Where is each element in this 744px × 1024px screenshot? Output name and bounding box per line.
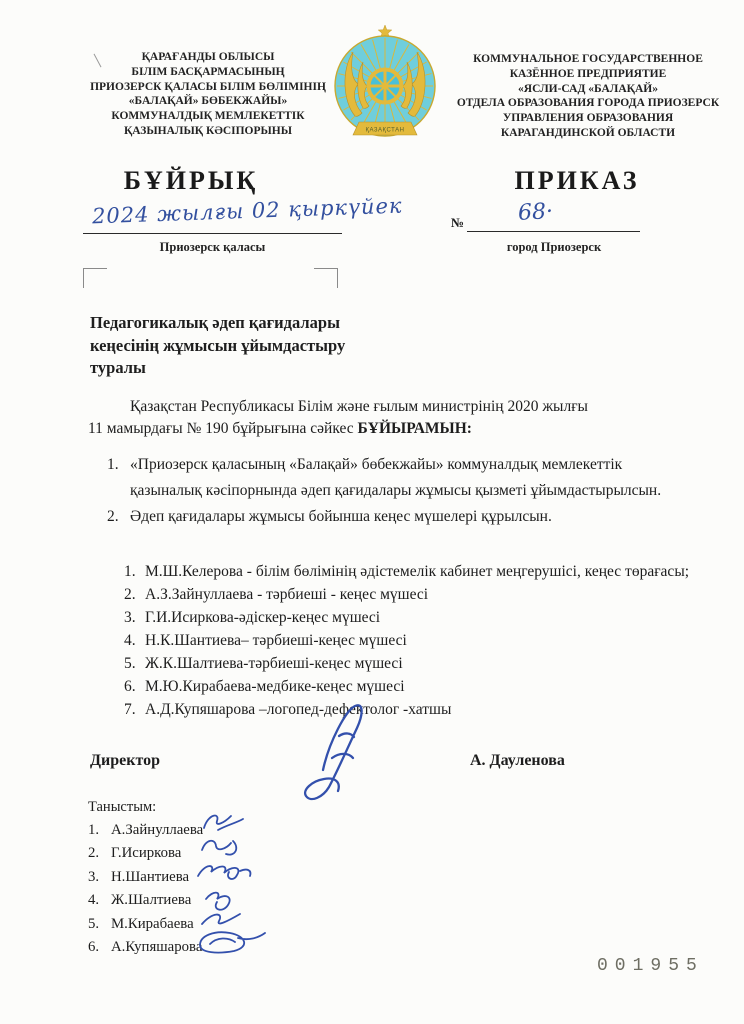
org-name-kazakh: ҚАРАҒАНДЫ ОБЛЫСЫ БІЛІМ БАСҚАРМАСЫНЫҢ ПРИ… <box>76 50 340 139</box>
org-line: УПРАВЛЕНИЯ ОБРАЗОВАНИЯ <box>438 111 738 126</box>
handwritten-order-number: 68· <box>517 199 553 226</box>
list-item-text: А.З.Зайнуллаева - тәрбиеші - кеңес мүшес… <box>145 583 690 606</box>
list-item-number: 6. <box>88 936 111 959</box>
corner-mark-right <box>314 268 338 288</box>
intro-line: Қазақстан Республикасы Білім және ғылым … <box>88 396 668 418</box>
list-item-number: 1. <box>88 819 111 842</box>
director-role-label: Директор <box>90 752 160 770</box>
list-item-text: А.Д.Купяшарова –логопед-дефектолог -хатш… <box>145 698 690 721</box>
place-kazakh: Приозерск қаласы <box>83 240 342 255</box>
list-item: 2. Әдеп қағидалары жұмысы бойынша кеңес … <box>107 504 667 530</box>
org-line: КАЗЁННОЕ ПРЕДПРИЯТИЕ <box>438 67 738 82</box>
org-line: ПРИОЗЕРСК ҚАЛАСЫ БІЛІМ БӨЛІМІНІҢ <box>76 80 340 95</box>
org-line: «ЯСЛИ-САД «БАЛАҚАЙ» <box>438 82 738 97</box>
list-item-number: 5. <box>124 652 145 675</box>
org-line: ОТДЕЛА ОБРАЗОВАНИЯ ГОРОДА ПРИОЗЕРСК <box>438 96 738 111</box>
directives-list: 1. «Приозерск қаласының «Балақай» бөбекж… <box>107 452 667 530</box>
org-line: «БАЛАҚАЙ» БӨБЕКЖАЙЫ» <box>76 94 340 109</box>
subject-line: Педагогикалық әдеп қағидалары <box>90 312 430 335</box>
order-subject: Педагогикалық әдеп қағидалары кеңесінің … <box>90 312 430 380</box>
list-item: 6. М.Ю.Кирабаева-медбике-кеңес мүшесі <box>124 675 690 698</box>
list-item-number: 5. <box>88 913 111 936</box>
list-item: 1. М.Ш.Келерова - білім бөлімінің әдісте… <box>124 560 690 583</box>
subject-line: туралы <box>90 357 430 380</box>
subject-line: кеңесінің жұмысын ұйымдастыру <box>90 335 430 358</box>
list-item: 3. Г.И.Исиркова-әдіскер-кеңес мүшесі <box>124 606 690 629</box>
list-item: 5. Ж.К.Шалтиева-тәрбиеші-кеңес мүшесі <box>124 652 690 675</box>
list-item: 1. «Приозерск қаласының «Балақай» бөбекж… <box>107 452 667 504</box>
org-line: КОММУНАЛЬНОЕ ГОСУДАРСТВЕННОЕ <box>438 52 738 67</box>
list-item: 2. А.З.Зайнуллаева - тәрбиеші - кеңес мү… <box>124 583 690 606</box>
list-item-number: 1. <box>107 452 130 504</box>
order-title-russian: ПРИКАЗ <box>492 166 662 196</box>
acknowledgment-label: Таныстым: <box>88 799 156 816</box>
director-name: А. Дауленова <box>470 752 565 770</box>
org-name-russian: КОММУНАЛЬНОЕ ГОСУДАРСТВЕННОЕ КАЗЁННОЕ ПР… <box>438 52 738 141</box>
list-item: 7. А.Д.Купяшарова –логопед-дефектолог -х… <box>124 698 690 721</box>
org-line: БІЛІМ БАСҚАРМАСЫНЫҢ <box>76 65 340 80</box>
list-item-text: Г.И.Исиркова-әдіскер-кеңес мүшесі <box>145 606 690 629</box>
handwritten-signatures-icon <box>188 804 308 954</box>
org-line: ҚАЗЫНАЛЫҚ КӘСІПОРЫНЫ <box>76 124 340 139</box>
list-item-number: 3. <box>88 866 111 889</box>
director-handwritten-signature-icon <box>293 700 393 812</box>
intro-paragraph: Қазақстан Республикасы Білім және ғылым … <box>88 396 668 440</box>
scanned-order-document: ҚАРАҒАНДЫ ОБЛЫСЫ БІЛІМ БАСҚАРМАСЫНЫҢ ПРИ… <box>0 0 744 1024</box>
order-number-label: № <box>451 215 464 231</box>
order-title-kazakh: БҰЙРЫҚ <box>88 166 294 196</box>
list-item-number: 2. <box>88 842 111 865</box>
org-line: КОММУНАЛДЫҚ МЕМЛЕКЕТТІК <box>76 109 340 124</box>
list-item-text: «Приозерск қаласының «Балақай» бөбекжайы… <box>130 452 667 504</box>
list-item-text: Әдеп қағидалары жұмысы бойынша кеңес мүш… <box>130 504 667 530</box>
list-item-text: М.Ю.Кирабаева-медбике-кеңес мүшесі <box>145 675 690 698</box>
list-item-number: 1. <box>124 560 145 583</box>
intro-decree-word: БҰЙЫРАМЫН: <box>358 420 472 437</box>
list-item-number: 6. <box>124 675 145 698</box>
list-item-text: Ж.К.Шалтиева-тәрбиеші-кеңес мүшесі <box>145 652 690 675</box>
number-underline <box>467 231 640 232</box>
place-russian: город Приозерск <box>468 240 640 255</box>
list-item-number: 3. <box>124 606 145 629</box>
list-item-number: 2. <box>107 504 130 530</box>
kazakhstan-coat-of-arms-icon: ҚАЗАҚСТАН <box>330 24 440 146</box>
council-members-list: 1. М.Ш.Келерова - білім бөлімінің әдісте… <box>124 560 690 721</box>
intro-line: 11 мамырдағы № 190 бұйрығына сәйкес БҰЙЫ… <box>88 418 668 440</box>
date-underline <box>83 233 342 234</box>
intro-text: 11 мамырдағы № 190 бұйрығына сәйкес <box>88 420 358 437</box>
org-line: ҚАРАҒАНДЫ ОБЛЫСЫ <box>76 50 340 65</box>
list-item-text: М.Ш.Келерова - білім бөлімінің әдістемел… <box>145 560 690 583</box>
stamped-serial-number: 001955 <box>597 956 704 976</box>
emblem-ribbon-text: ҚАЗАҚСТАН <box>366 128 405 134</box>
handwritten-date: 2024 жылғы 02 қыркүйек <box>92 196 343 229</box>
list-item-number: 4. <box>88 889 111 912</box>
list-item-number: 2. <box>124 583 145 606</box>
list-item-number: 7. <box>124 698 145 721</box>
list-item-text: Н.К.Шантиева– тәрбиеші-кеңес мүшесі <box>145 629 690 652</box>
corner-mark-left <box>83 268 107 288</box>
list-item-number: 4. <box>124 629 145 652</box>
org-line: КАРАГАНДИНСКОЙ ОБЛАСТИ <box>438 126 738 141</box>
list-item: 4. Н.К.Шантиева– тәрбиеші-кеңес мүшесі <box>124 629 690 652</box>
